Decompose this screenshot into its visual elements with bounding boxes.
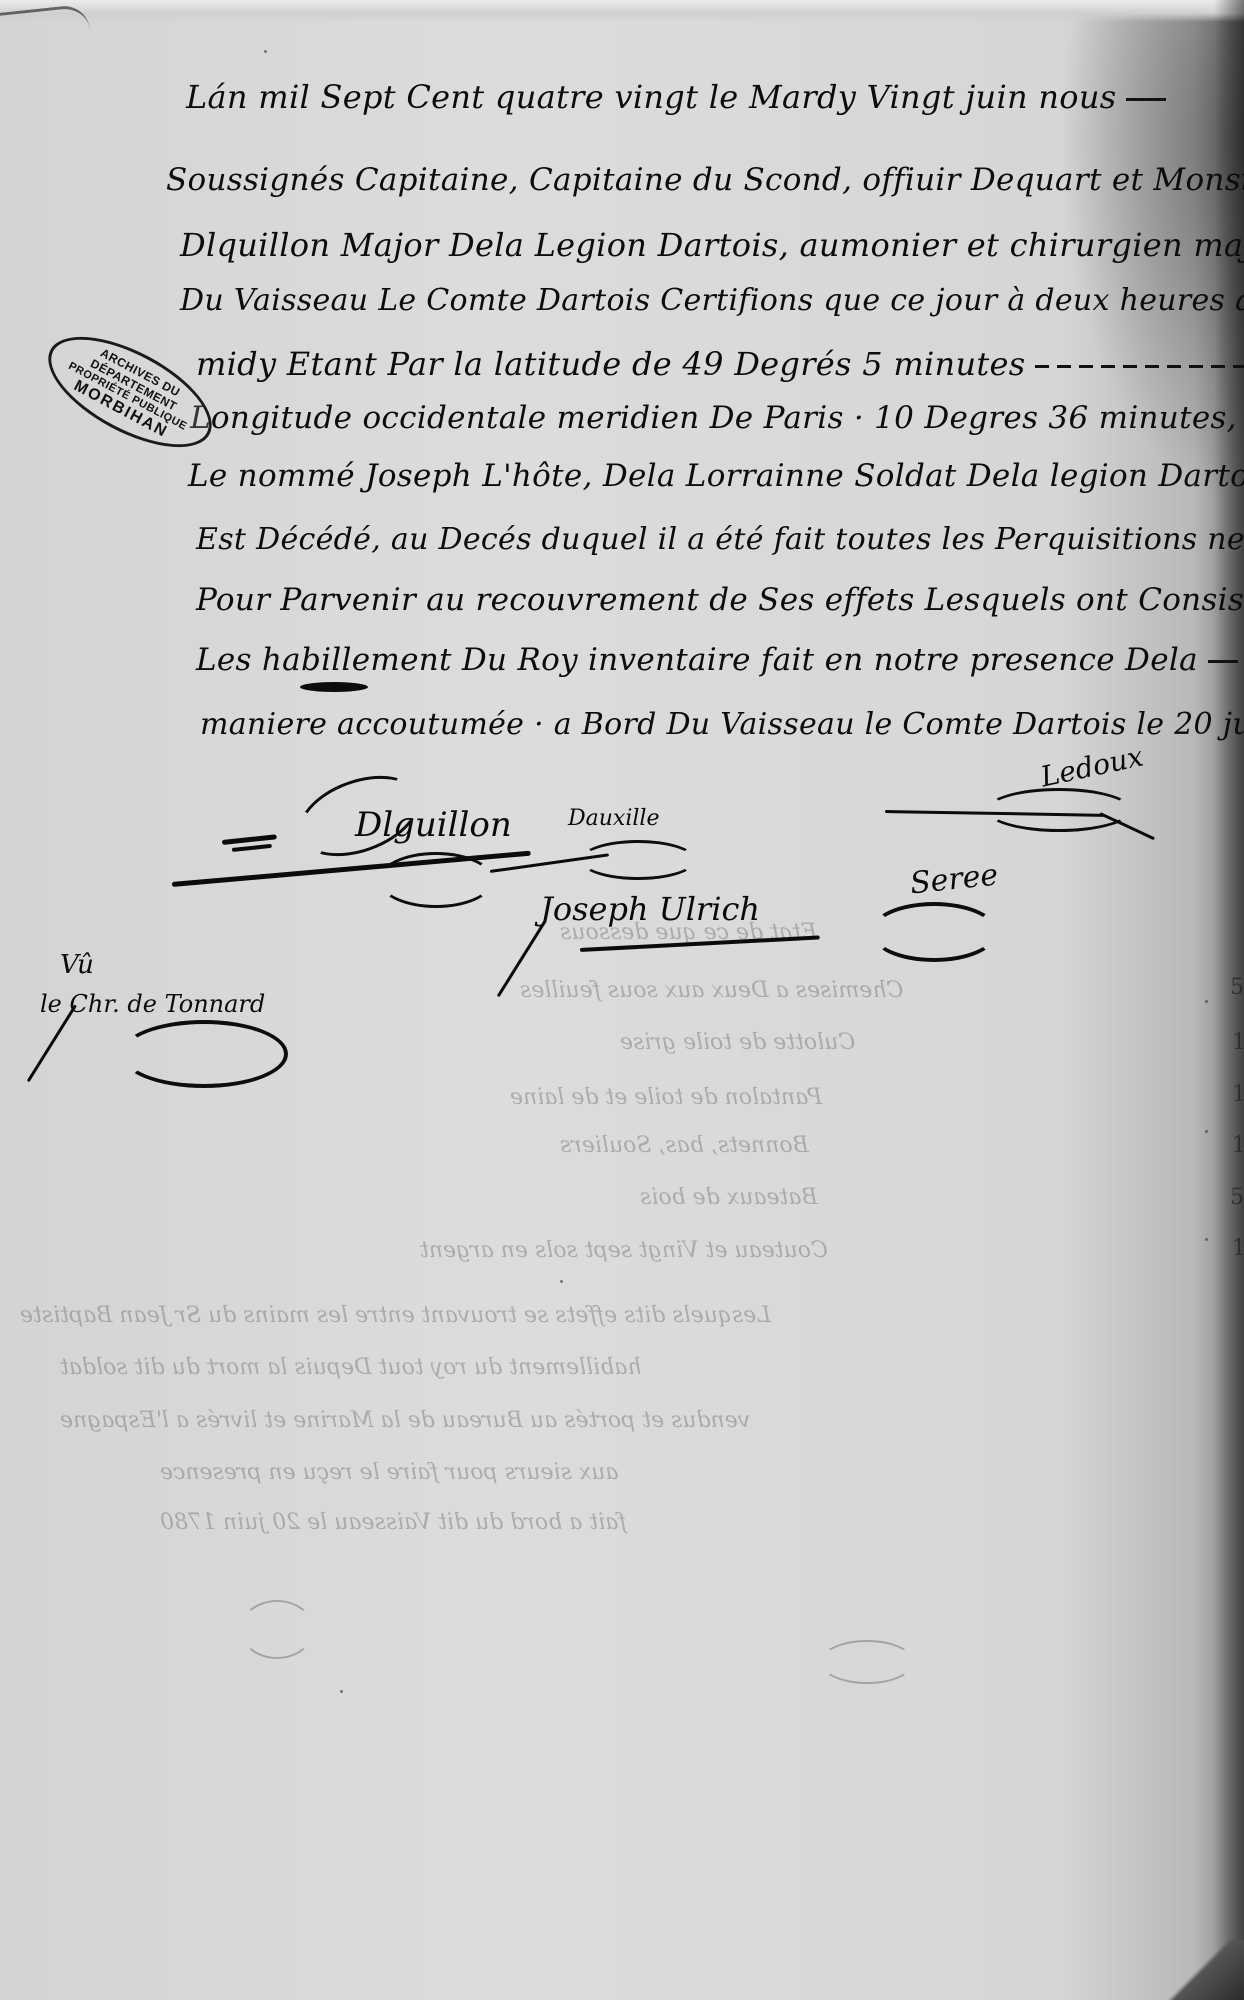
body-line-2: Soussignés Capitaine, Capitaine du Scond… — [166, 162, 1244, 198]
body-line-7: Le nommé Joseph L'hôte, Dela Lorrainne S… — [188, 458, 1244, 494]
signature-flourish — [870, 902, 998, 962]
signature-seree: Seree — [908, 857, 999, 901]
body-line-3: Dlquillon Major Dela Legion Dartois, aum… — [180, 226, 1244, 264]
bleed-line: Pantalon de toile et de laine — [510, 1085, 822, 1110]
bleed-line: Bateaux de bois — [640, 1185, 818, 1210]
scanned-document-page: Etat de ce que dessous Chemises a Deux a… — [0, 0, 1244, 2000]
bleed-list-number: 5 — [1230, 975, 1244, 1000]
bleed-list-number: 5 — [1230, 1185, 1244, 1210]
bleed-list-number: 1 — [1232, 1082, 1244, 1107]
signature-ledoux: Ledoux — [1038, 740, 1146, 794]
paper-speck — [1205, 1130, 1208, 1133]
body-line-11: maniere accoutumée · a Bord Du Vaisseau … — [200, 707, 1244, 742]
bleed-signature-flourish — [240, 1600, 314, 1659]
signature-aiguillon: Dlguillon — [355, 805, 512, 845]
signature-dash — [232, 844, 272, 852]
bleed-line: Couteau et Vingt sept sols en argent — [420, 1238, 828, 1263]
ink-blot — [300, 682, 368, 692]
bleed-line: vendus et portés au Bureau de la Marine … — [60, 1408, 750, 1433]
body-line-10: Les habillement Du Roy inventaire fait e… — [196, 642, 1238, 678]
paper-speck — [1205, 1238, 1208, 1241]
bleed-line: fait a bord du dit Vaisseau le 20 juin 1… — [160, 1510, 626, 1535]
paper-speck — [264, 50, 267, 53]
signature-flourish — [986, 788, 1132, 832]
bleed-list-number: 1 — [1232, 1236, 1244, 1261]
body-line-8: Est Décédé, au Decés duquel il a été fai… — [196, 522, 1244, 557]
body-line-4: Du Vaisseau Le Comte Dartois Certifions … — [180, 283, 1244, 318]
paper-top-edge — [0, 0, 1244, 22]
body-line-6: Longitude occidentale meridien De Paris … — [190, 400, 1244, 436]
body-line-5: midy Etant Par la latitude de 49 Degrés … — [196, 345, 1244, 383]
bleed-signature-flourish — [820, 1640, 914, 1684]
bleed-line: Bonnets, bas, Souliers — [560, 1133, 809, 1158]
signature-dauxille: Dauxille — [568, 806, 659, 831]
bleed-list-number: 1 — [1232, 1030, 1244, 1055]
bleed-list-number: 1 — [1232, 1133, 1244, 1158]
bleed-line: habillement du roy tout Depuis la mort d… — [60, 1355, 642, 1380]
archive-stamp: ARCHIVES DU DÉPARTEMENT PROPRIÉTÉ PUBLIQ… — [32, 314, 228, 469]
bleed-line: Culotte de toile grise — [620, 1030, 855, 1055]
signature-flourish — [580, 840, 696, 880]
bleed-line: Lesquels dits effets se trouvant entre l… — [20, 1303, 771, 1328]
signature-joseph-ulrich: Joseph Ulrich — [540, 890, 760, 928]
paper-speck — [1205, 1000, 1208, 1003]
signature-flourish — [120, 1020, 288, 1088]
body-line-9: Pour Parvenir au recouvrement de Ses eff… — [196, 582, 1244, 618]
line-filler — [1035, 365, 1244, 368]
bleed-line: Chemises a Deux aux sous feuilles — [520, 978, 903, 1003]
approval-mark-vu: Vû — [60, 950, 94, 980]
body-line-1: Lán mil Sept Cent quatre vingt le Mardy … — [186, 78, 1166, 116]
line-filler — [1208, 660, 1238, 663]
paper-speck — [340, 1690, 343, 1693]
line-filler — [1126, 98, 1166, 101]
paper-speck — [560, 1280, 563, 1283]
page-corner-fold — [1164, 1940, 1244, 2000]
signature-flourish — [378, 852, 494, 908]
bleed-line: aux sieurs pour faire le reçu en presenc… — [160, 1460, 619, 1485]
